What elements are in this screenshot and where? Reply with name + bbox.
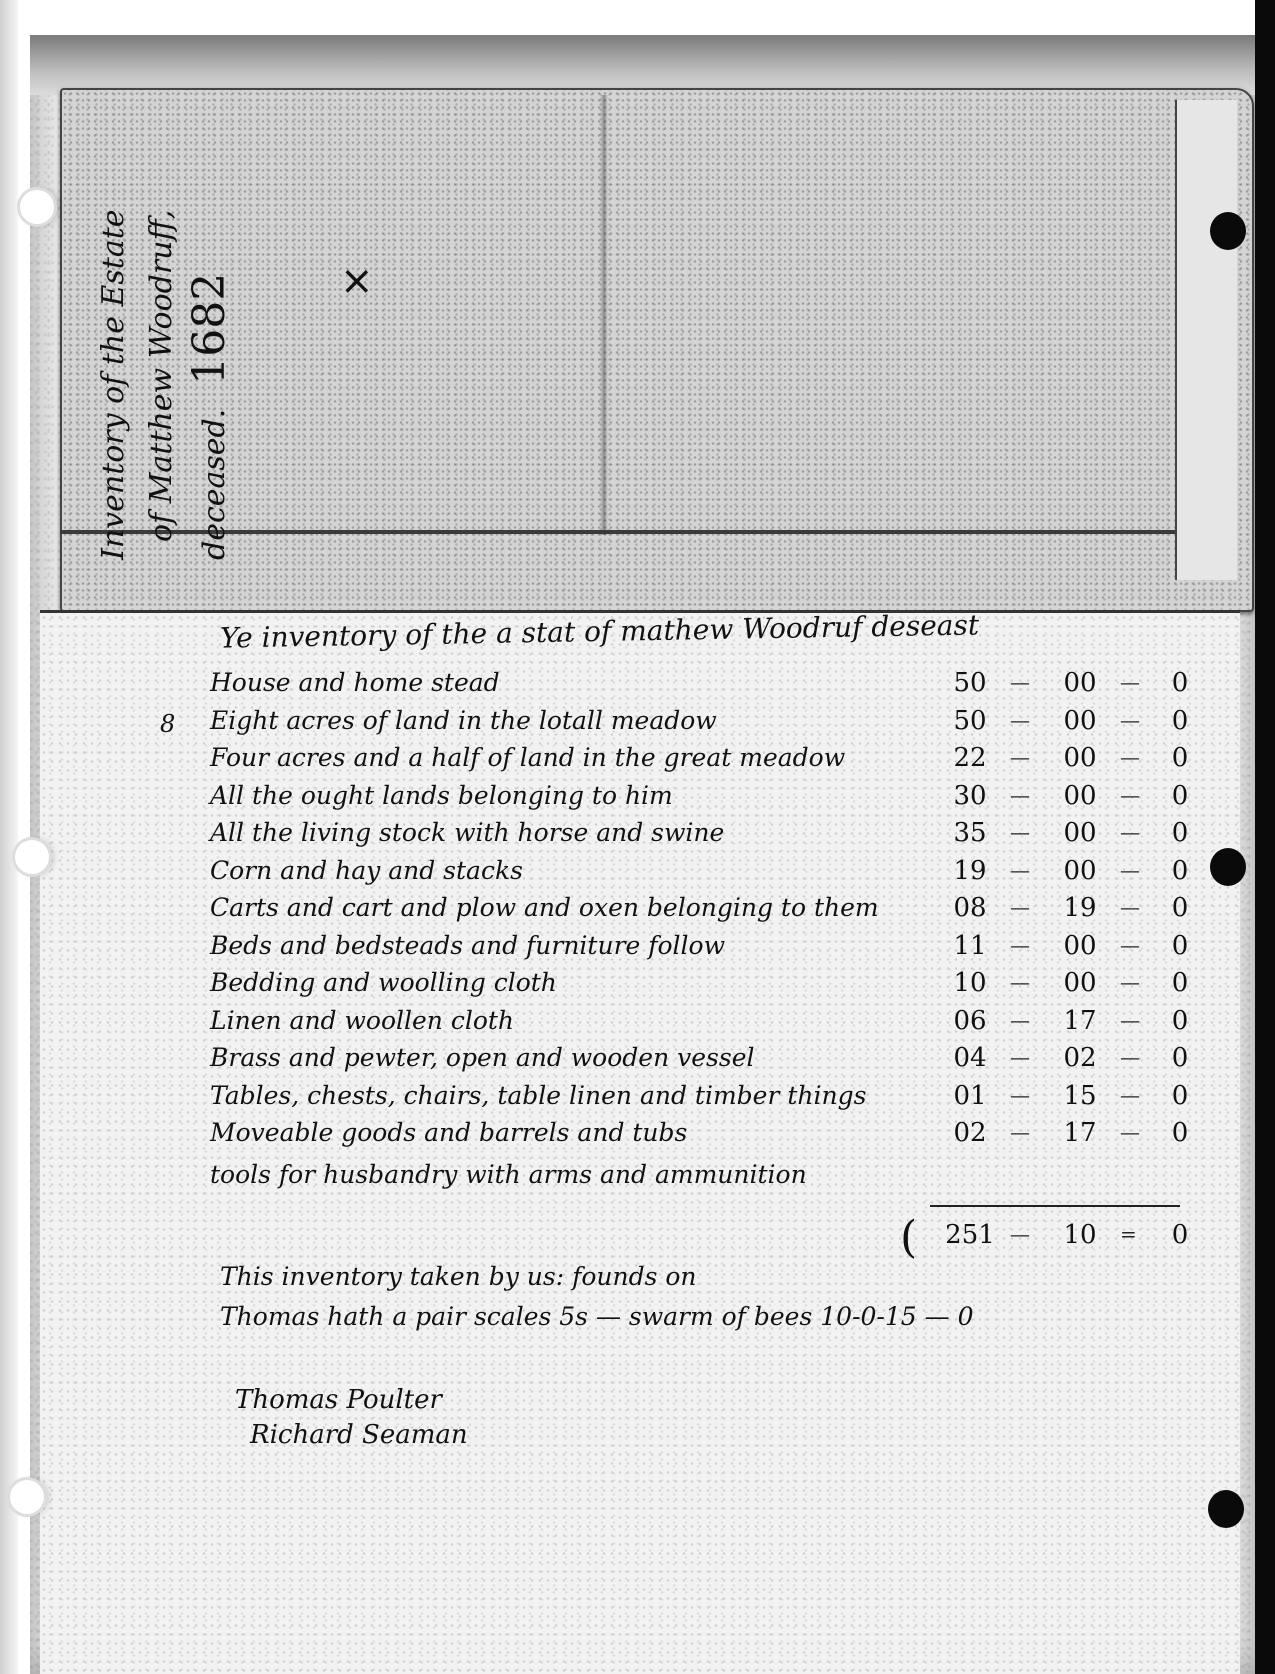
docket-line-2: of Matthew Woodruff, — [138, 80, 186, 560]
separator: — — [1120, 970, 1140, 994]
item-pounds: 50 — [940, 668, 1000, 698]
item-shillings: 17 — [1050, 1118, 1110, 1148]
closing-line-2: Thomas hath a pair scales 5s — swarm of … — [220, 1302, 973, 1331]
separator: — — [1010, 1222, 1030, 1246]
item-shillings: 00 — [1050, 743, 1110, 773]
separator: — — [1120, 1120, 1140, 1144]
docket-title: Inventory of the Estate of Matthew Woodr… — [90, 80, 239, 560]
docket-deceased: deceased. — [197, 409, 232, 560]
summary-line: tools for husbandry with arms and ammuni… — [210, 1160, 807, 1189]
separator: — — [1120, 895, 1140, 919]
item-pounds: 06 — [940, 1006, 1000, 1036]
item-description: Moveable goods and barrels and tubs — [210, 1118, 687, 1147]
item-pence: 0 — [1165, 743, 1195, 773]
separator: — — [1120, 820, 1140, 844]
total-shillings: 10 — [1050, 1220, 1110, 1250]
item-pence: 0 — [1165, 1118, 1195, 1148]
item-shillings: 00 — [1050, 668, 1110, 698]
separator: — — [1010, 1045, 1030, 1069]
separator: — — [1010, 895, 1030, 919]
closing-line-1: This inventory taken by us: founds on — [220, 1262, 697, 1291]
item-description: Linen and woollen cloth — [210, 1006, 514, 1035]
item-pounds: 10 — [940, 968, 1000, 998]
separator: — — [1120, 745, 1140, 769]
item-description: Beds and bedsteads and furniture follow — [210, 931, 725, 960]
separator: — — [1120, 708, 1140, 732]
separator: — — [1010, 970, 1030, 994]
punch-hole-dark — [1210, 848, 1246, 886]
total-pounds: 251 — [940, 1220, 1000, 1250]
item-description: All the living stock with horse and swin… — [210, 818, 724, 847]
punch-hole — [20, 190, 54, 224]
docket-line-1: Inventory of the Estate — [90, 80, 138, 560]
punch-hole — [15, 840, 49, 874]
item-shillings: 00 — [1050, 818, 1110, 848]
item-pounds: 11 — [940, 931, 1000, 961]
scan-left-edge — [0, 0, 18, 1674]
signature-1: Thomas Poulter — [235, 1385, 442, 1415]
item-shillings: 00 — [1050, 706, 1110, 736]
item-description: Corn and hay and stacks — [210, 856, 523, 885]
separator: — — [1010, 708, 1030, 732]
item-pence: 0 — [1165, 968, 1195, 998]
docket-fold-vertical — [600, 95, 608, 535]
item-shillings: 00 — [1050, 931, 1110, 961]
docket-flap — [1175, 100, 1237, 580]
item-pence: 0 — [1165, 856, 1195, 886]
item-pounds: 01 — [940, 1081, 1000, 1111]
signature-2: Richard Seaman — [250, 1420, 468, 1450]
separator: — — [1120, 1083, 1140, 1107]
punch-hole-dark — [1210, 212, 1246, 250]
item-description: Carts and cart and plow and oxen belongi… — [210, 893, 879, 922]
item-pounds: 02 — [940, 1118, 1000, 1148]
total-bracket: ( — [900, 1212, 917, 1263]
item-pence: 0 — [1165, 781, 1195, 811]
item-shillings: 15 — [1050, 1081, 1110, 1111]
separator: — — [1010, 783, 1030, 807]
item-pence: 0 — [1165, 1006, 1195, 1036]
separator: — — [1010, 745, 1030, 769]
separator: — — [1010, 820, 1030, 844]
separator: = — [1120, 1222, 1137, 1246]
punch-hole-dark — [1208, 1490, 1244, 1528]
item-margin-number: 8 — [160, 710, 175, 738]
separator: — — [1120, 1008, 1140, 1032]
separator: — — [1120, 783, 1140, 807]
item-description: Four acres and a half of land in the gre… — [210, 743, 845, 772]
docket-year: 1682 — [184, 273, 235, 385]
separator: — — [1120, 670, 1140, 694]
item-shillings: 02 — [1050, 1043, 1110, 1073]
punch-hole — [10, 1480, 44, 1514]
item-pounds: 30 — [940, 781, 1000, 811]
item-description: House and home stead — [210, 668, 500, 697]
separator: — — [1120, 933, 1140, 957]
item-shillings: 17 — [1050, 1006, 1110, 1036]
item-shillings: 00 — [1050, 781, 1110, 811]
item-pence: 0 — [1165, 931, 1195, 961]
separator: — — [1120, 858, 1140, 882]
total-pence: 0 — [1165, 1220, 1195, 1250]
scan-right-edge — [1255, 0, 1275, 1674]
item-pence: 0 — [1165, 1043, 1195, 1073]
total-rule — [930, 1205, 1180, 1207]
item-pounds: 35 — [940, 818, 1000, 848]
item-pence: 0 — [1165, 893, 1195, 923]
item-shillings: 00 — [1050, 856, 1110, 886]
item-shillings: 00 — [1050, 968, 1110, 998]
item-shillings: 19 — [1050, 893, 1110, 923]
separator: — — [1120, 1045, 1140, 1069]
cross-mark: × — [340, 258, 374, 304]
item-pounds: 08 — [940, 893, 1000, 923]
separator: — — [1010, 933, 1030, 957]
item-pence: 0 — [1165, 818, 1195, 848]
item-description: Bedding and woolling cloth — [210, 968, 557, 997]
item-pence: 0 — [1165, 706, 1195, 736]
item-pounds: 04 — [940, 1043, 1000, 1073]
item-pence: 0 — [1165, 668, 1195, 698]
item-description: Tables, chests, chairs, table linen and … — [210, 1081, 866, 1110]
item-pounds: 22 — [940, 743, 1000, 773]
separator: — — [1010, 1083, 1030, 1107]
separator: — — [1010, 1120, 1030, 1144]
item-description: Eight acres of land in the lotall meadow — [210, 706, 717, 735]
item-description: All the ought lands belonging to him — [210, 781, 673, 810]
item-pence: 0 — [1165, 1081, 1195, 1111]
separator: — — [1010, 670, 1030, 694]
item-description: Brass and pewter, open and wooden vessel — [210, 1043, 755, 1072]
separator: — — [1010, 1008, 1030, 1032]
separator: — — [1010, 858, 1030, 882]
item-pounds: 50 — [940, 706, 1000, 736]
docket-line-3: deceased.1682 — [186, 80, 239, 560]
item-pounds: 19 — [940, 856, 1000, 886]
